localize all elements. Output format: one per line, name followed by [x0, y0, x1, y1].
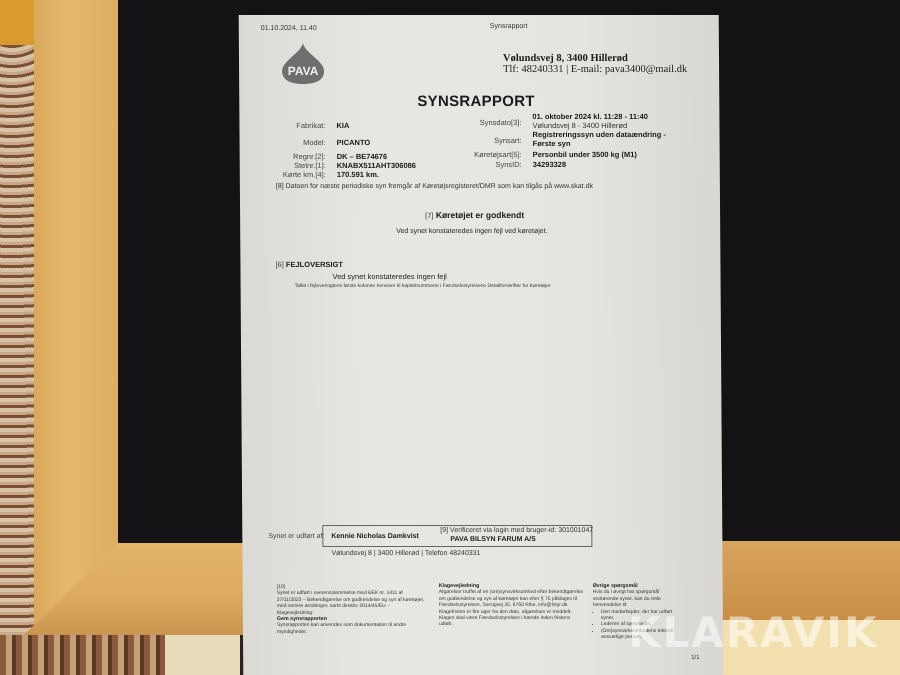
field-label-mileage: Kørte km.[4]: [246, 170, 326, 179]
field-label-inspection-id: SynsID: [442, 160, 522, 169]
field-value-inspection-id: 34293328 [533, 160, 566, 169]
field-value-vin: KNABX511AHT306086 [337, 161, 416, 170]
footer-legal-text: Synet er udført i overensstemmelse med B… [277, 590, 427, 616]
field-label-model: Model: [246, 138, 326, 147]
next-inspection-note: [8] Datoen for næste periodiske syn frem… [276, 183, 593, 190]
floor-background [165, 635, 240, 675]
field-label-regnr: Regnr.[2]: [246, 152, 326, 161]
footer-save-text: Synsrapporten kan anvendes som dokumenta… [277, 622, 427, 635]
inspection-report-paper: 01.10.2024, 11.40 Synsrapport PAVA Vølun… [239, 15, 724, 675]
field-label-vehicle-class: Køretøjsart[5]: [442, 150, 522, 159]
inspector-name: Kennie Nicholas Damkvist [331, 533, 419, 540]
footer-questions-intro: Hvis du i øvrigt har spørgsmål vedrørend… [593, 589, 678, 608]
print-timestamp: 01.10.2024, 11.40 [261, 25, 317, 32]
page-header-title: Synsrapport [490, 23, 528, 30]
faults-heading-text: FEJLOVERSIGT [286, 260, 343, 269]
field-value-inspection-location: Vølundsvej 8 - 3400 Hillerød [532, 121, 627, 130]
field-value-inspection-type: Registreringssyn uden dataændring - [532, 130, 665, 139]
wooden-frame-left [34, 0, 118, 636]
field-value-make: KIA [336, 121, 349, 130]
company-contact: Tlf: 48240331 | E-mail: pava3400@mail.dk [503, 64, 687, 75]
faults-note: Tallet i fejloversigtens første kolonne … [295, 283, 551, 289]
field-label-inspection-type: Synsart: [442, 136, 522, 145]
faults-heading: [6] FEJLOVERSIGT [275, 260, 343, 269]
pava-logo: PAVA [278, 41, 328, 85]
field-value-model: PICANTO [337, 138, 371, 147]
result-heading: [7] Køretøjet er godkendt [425, 210, 524, 220]
svg-text:PAVA: PAVA [288, 64, 319, 78]
footer-legal-column: [10] Synet er udført i overensstemmelse … [277, 584, 427, 635]
field-value-inspection-date: 01. oktober 2024 kl. 11:28 - 11:40 [532, 112, 648, 121]
watermark-logo: KLARAVIK [628, 608, 879, 657]
signature-label: Synet er udført af: [268, 533, 324, 540]
result-ref: [7] [425, 211, 433, 220]
inspection-company: PAVA BILSYN FARUM A/S [450, 536, 535, 543]
verification-text: [9] Verificeret via login med bruger-id:… [440, 527, 593, 534]
result-text: Ved synet konstateredes ingen fejl ved k… [396, 228, 547, 235]
footer-complaint-text: Afgørelser truffet af en (om)synsvirksom… [439, 589, 584, 627]
faults-text: Ved synet konstateredes ingen fejl [332, 272, 446, 281]
field-label-vin: Stelnr.[1]: [246, 161, 326, 170]
field-label-inspection-date: Synsdato[3]: [441, 118, 521, 127]
field-label-make: Fabrikat: [245, 121, 325, 130]
document-title: SYNSRAPPORT [417, 93, 535, 110]
drop-logo-icon: PAVA [278, 41, 328, 85]
field-value-mileage: 170.591 km. [337, 170, 379, 179]
field-value-inspection-type-2: Første syn [533, 139, 571, 148]
inspection-company-address: Vølundsvej 8 | 3400 Hillerød | Telefon 4… [331, 550, 480, 557]
result-heading-text: Køretøjet er godkendt [436, 210, 524, 220]
field-value-vehicle-class: Personbil under 3500 kg (M1) [533, 150, 637, 159]
footer-complaint-column: Klagevejledning Afgørelser truffet af en… [439, 583, 584, 628]
faults-ref: [6] [275, 260, 283, 269]
field-value-regnr: DK – BE74676 [337, 152, 388, 161]
company-address: Vølundsvej 8, 3400 Hillerød [503, 53, 628, 64]
rug-background-top [0, 0, 36, 45]
